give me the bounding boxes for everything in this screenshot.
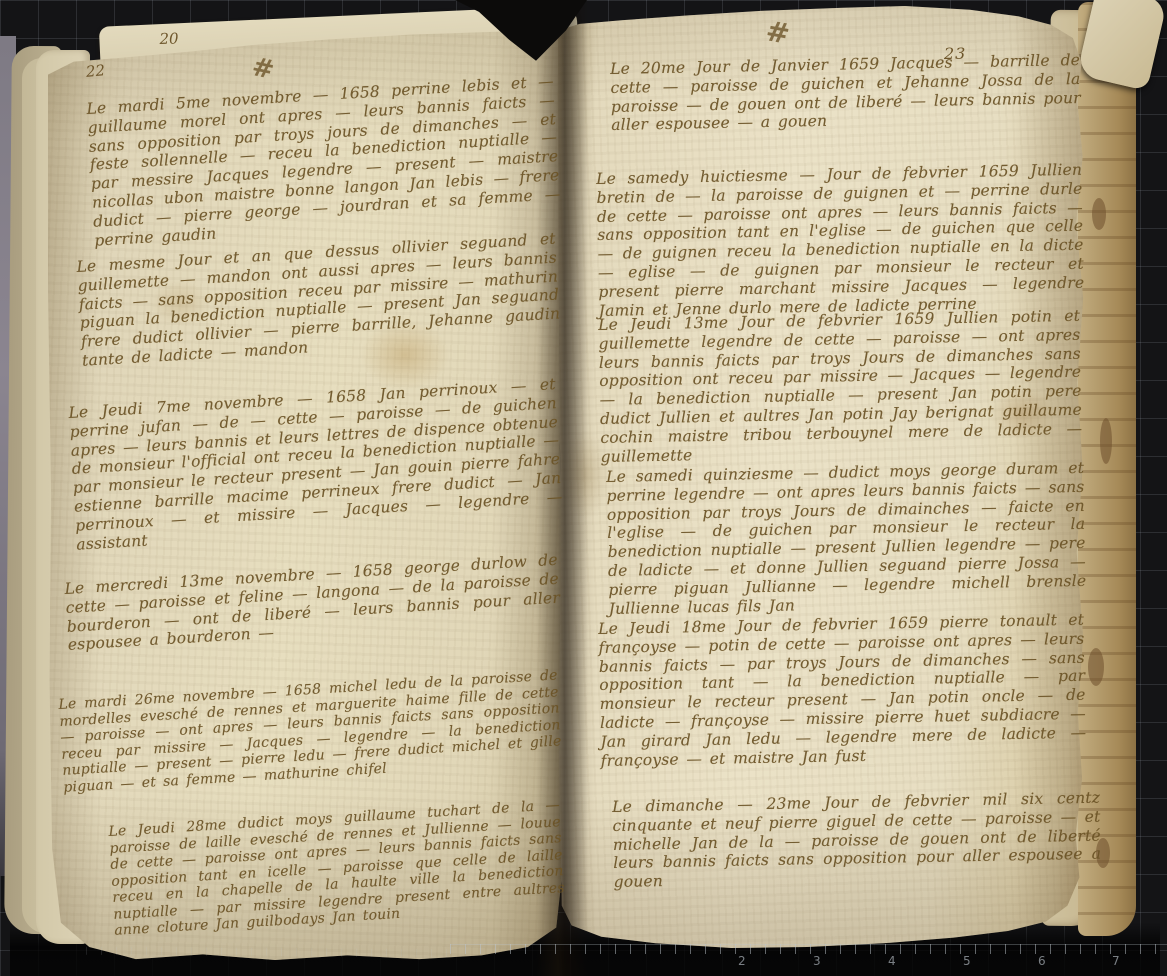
register-entry: Le samedi quinziesme — dudict moys georg… [606, 459, 1087, 619]
register-entry: Le Jeudi 7me novembre — 1658 Jan perrino… [68, 375, 564, 554]
register-entry: Le 20me Jour de Janvier 1659 Jacques — b… [610, 51, 1081, 135]
ruler-number: 5 [963, 954, 971, 968]
mat-ruler: 2 3 4 5 6 7 [450, 936, 1167, 974]
ruler-number: 7 [1112, 954, 1120, 968]
ruler-number: 4 [888, 954, 896, 968]
ruler-tick-marks [450, 944, 1167, 954]
ruler-number: 3 [813, 954, 821, 968]
under-page-folio-number: 20 [159, 31, 179, 47]
ruler-number: 2 [738, 954, 746, 968]
register-entry: Le Jeudi 18me Jour de febvrier 1659 pier… [598, 611, 1087, 771]
register-entry: Le mardi 5me novembre — 1658 perrine leb… [86, 72, 562, 250]
right-section-mark: # [764, 18, 792, 48]
edge-stain [1100, 418, 1112, 464]
edge-stain [1088, 648, 1104, 686]
left-folio-number: 22 [85, 63, 105, 80]
edge-stain [1092, 198, 1106, 230]
register-entry: Le dimanche — 23me Jour de febvrier mil … [612, 789, 1102, 892]
manuscript-photo: 20 22 23 # # Le mardi 5me novembre — 165… [0, 0, 1167, 976]
register-entry: Le samedy huictiesme — Jour de febvrier … [596, 161, 1085, 321]
ruler-number: 6 [1038, 954, 1046, 968]
register-entry: Le Jeudi 13me Jour de febvrier 1659 Jull… [598, 307, 1083, 467]
